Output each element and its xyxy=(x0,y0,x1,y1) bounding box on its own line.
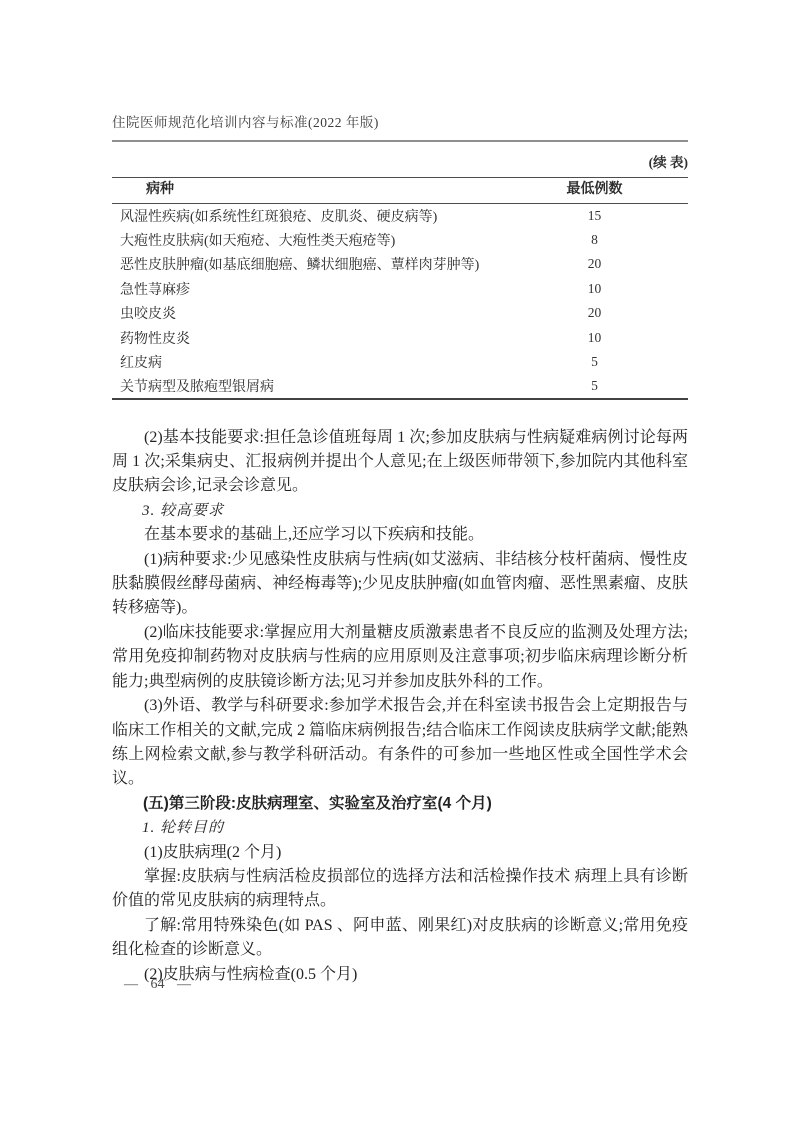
table-row: 关节病型及脓疱型银屑病 5 xyxy=(112,374,688,398)
subsection-heading: 3. 较高要求 xyxy=(112,499,688,523)
disease-cell: 风湿性疾病(如系统性红斑狼疮、皮肌炎、硬皮病等) xyxy=(112,204,501,228)
min-cases-cell: 10 xyxy=(501,325,688,349)
min-cases-cell: 20 xyxy=(501,301,688,325)
header-rule xyxy=(112,140,688,142)
min-cases-table: 病种 最低例数 风湿性疾病(如系统性红斑狼疮、皮肌炎、硬皮病等) 15 大疱性皮… xyxy=(112,177,688,400)
min-cases-cell: 10 xyxy=(501,277,688,301)
page-content: 住院医师规范化培训内容与标准(2022 年版) (续 表) 病种 最低例数 风湿… xyxy=(112,0,688,987)
column-header-min-cases: 最低例数 xyxy=(501,178,688,204)
min-cases-cell: 5 xyxy=(501,350,688,374)
subsection-heading: 1. 轮转目的 xyxy=(112,816,688,840)
document-page: 住院医师规范化培训内容与标准(2022 年版) (续 表) 病种 最低例数 风湿… xyxy=(0,0,800,1131)
running-head: 住院医师规范化培训内容与标准(2022 年版) xyxy=(112,0,688,131)
paragraph: 在基本要求的基础上,还应学习以下疾病和技能。 xyxy=(112,523,688,547)
disease-cell: 红皮病 xyxy=(112,350,501,374)
paragraph: (2)临床技能要求:掌握应用大剂量糖皮质激素患者不良反应的监测及处理方法;常用免… xyxy=(112,621,688,694)
table-row: 急性荨麻疹 10 xyxy=(112,277,688,301)
column-header-disease: 病种 xyxy=(112,178,501,204)
disease-cell: 大疱性皮肤病(如天疱疮、大疱性类天疱疮等) xyxy=(112,228,501,252)
table-row: 大疱性皮肤病(如天疱疮、大疱性类天疱疮等) 8 xyxy=(112,228,688,252)
disease-cell: 药物性皮炎 xyxy=(112,325,501,349)
table-row: 风湿性疾病(如系统性红斑狼疮、皮肌炎、硬皮病等) 15 xyxy=(112,204,688,228)
paragraph: 掌握:皮肤病与性病活检皮损部位的选择方法和活检操作技术 病理上具有诊断价值的常见… xyxy=(112,865,688,914)
min-cases-cell: 5 xyxy=(501,374,688,398)
body-text-block: (2)基本技能要求:担任急诊值班每周 1 次;参加皮肤病与性病疑难病例讨论每两周… xyxy=(112,426,688,987)
paragraph: (1)病种要求:少见感染性皮肤病与性病(如艾滋病、非结核分枝杆菌病、慢性皮肤黏膜… xyxy=(112,548,688,621)
paragraph: 了解:常用特殊染色(如 PAS 、阿申蓝、刚果红)对皮肤病的诊断意义;常用免疫组… xyxy=(112,914,688,963)
min-cases-cell: 15 xyxy=(501,204,688,228)
disease-cell: 急性荨麻疹 xyxy=(112,277,501,301)
table-header-row: 病种 最低例数 xyxy=(112,178,688,204)
disease-cell: 恶性皮肤肿瘤(如基底细胞癌、鳞状细胞癌、蕈样肉芽肿等) xyxy=(112,252,501,276)
disease-cell: 虫咬皮炎 xyxy=(112,301,501,325)
page-number: — 64 — xyxy=(124,977,191,993)
paragraph: (2)皮肤病与性病检查(0.5 个月) xyxy=(112,963,688,987)
paragraph: (3)外语、教学与科研要求:参加学术报告会,并在科室读书报告会上定期报告与临床工… xyxy=(112,694,688,792)
table-row: 红皮病 5 xyxy=(112,350,688,374)
min-cases-cell: 8 xyxy=(501,228,688,252)
paragraph: (1)皮肤病理(2 个月) xyxy=(112,841,688,865)
disease-cell: 关节病型及脓疱型银屑病 xyxy=(112,374,501,398)
table-row: 虫咬皮炎 20 xyxy=(112,301,688,325)
table-continuation-label: (续 表) xyxy=(112,155,688,171)
table-row: 恶性皮肤肿瘤(如基底细胞癌、鳞状细胞癌、蕈样肉芽肿等) 20 xyxy=(112,252,688,276)
paragraph: (2)基本技能要求:担任急诊值班每周 1 次;参加皮肤病与性病疑难病例讨论每两周… xyxy=(112,426,688,499)
table-row: 药物性皮炎 10 xyxy=(112,325,688,349)
min-cases-cell: 20 xyxy=(501,252,688,276)
section-heading: (五)第三阶段:皮肤病理室、实验室及治疗室(4 个月) xyxy=(112,792,688,816)
